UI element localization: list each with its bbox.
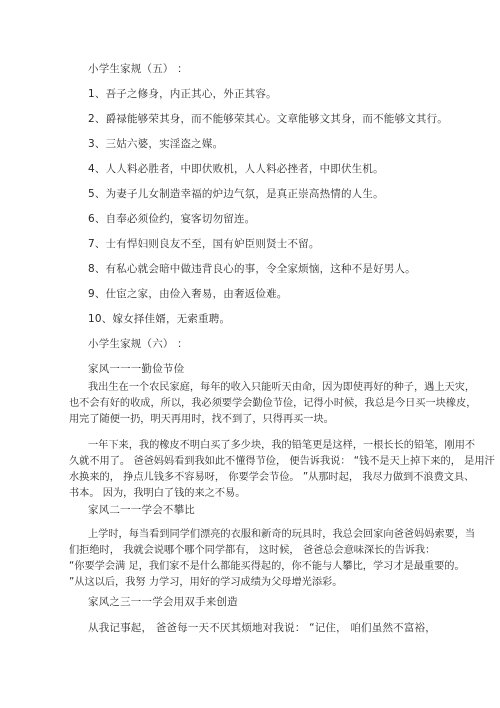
rule-item-5: 5、为妻子儿女制造幸福的炉边气氛，是真正崇高热情的人生。 [88, 186, 384, 201]
rule-item-10: 10、嫁女择佳婿，无索重聘。 [88, 311, 230, 326]
paragraph-line: 我出生在一个农民家庭，每年的收入只能听天由命，因为即使再好的种子，遇上天灾， [69, 380, 469, 396]
paragraph-line: 久就不用了。 爸爸妈妈看到我如此不懂得节俭， 便告诉我说： “钱不是天上掉下来的… [69, 454, 469, 470]
rule-item-9: 9、仕宦之家，由俭入奢易，由奢返俭难。 [88, 286, 287, 301]
paragraph: 上学时，每当看到同学们漂亮的衣服和新奇的玩具时，我总会回家向爸爸妈妈索要，当 们… [69, 527, 469, 591]
rule-item-2: 2、爵禄能够荣其身，而不能够荣其心。文章能够文其身，而不能够文其行。 [88, 111, 448, 126]
paragraph-line: 也不会有好的收成，所以，我必须要学会勤俭节俭，记得小时候，我总是今日买一块橡皮， [69, 396, 469, 412]
paragraph-line: 用完了随便一扔，明天再用时，找不到了，只得再买一块。 [69, 412, 469, 428]
rule-item-1: 1、吾子之修身，内正其心，外正其容。 [88, 86, 277, 101]
paragraph-line: 水换来的， 挣点儿钱多不容易呀， 你要学会节俭。 ”从那时起， 我尽力做到不浪费… [69, 470, 469, 486]
document-page: 小学生家规（五） ： 1、吾子之修身，内正其心，外正其容。 2、爵禄能够荣其身，… [0, 0, 500, 708]
paragraph-line: 一年下来，我的橡皮不明白买了多少块，我的铅笔更是这样，一根长长的铅笔，刚用不 [69, 438, 469, 454]
paragraph: 一年下来，我的橡皮不明白买了多少块，我的铅笔更是这样，一根长长的铅笔，刚用不 久… [69, 438, 469, 502]
section-title-5: 小学生家规（五） ： [88, 61, 188, 76]
family-style-heading-3: 家风之三一一学会用双手来创造 [88, 594, 238, 609]
rule-item-3: 3、三姑六婆，实淫盗之媒。 [88, 136, 223, 151]
paragraph: 我出生在一个农民家庭，每年的收入只能听天由命，因为即使再好的种子，遇上天灾， 也… [69, 380, 469, 428]
paragraph-line: 上学时，每当看到同学们漂亮的衣服和新奇的玩具时，我总会回家向爸爸妈妈索要，当 [69, 527, 469, 543]
rule-item-6: 6、自奉必须俭约，宴客切勿留连。 [88, 211, 255, 226]
rule-item-7: 7、士有悍妇则良友不至，国有妒臣则贤士不留。 [88, 236, 320, 251]
section-title-6: 小学生家规（六） ： [88, 336, 188, 351]
paragraph-line: 们拒绝时， 我就会说哪个哪个同学都有， 这时候， 爸爸总会意味深长的告诉我： [69, 543, 469, 559]
paragraph-line: 从我记事起， 爸爸每一天不厌其烦地对我说： “记住， 咱们虽然不富裕， [88, 620, 436, 635]
family-style-heading-2: 家风二一一学会不攀比 [88, 502, 195, 517]
paragraph-line: 书本。 因为，我明白了钱的来之不易。 [69, 486, 469, 502]
rule-item-8: 8、有私心就会暗中做违背良心的事，令全家烦恼，这种不是好男人。 [88, 261, 416, 276]
paragraph-line: “你要学会满 足，我们家不是什么都能买得起的，你不能与人攀比，学习才是最重要的。 [69, 559, 469, 575]
family-style-heading-1: 家风一一一勤俭节俭 [88, 361, 184, 376]
rule-item-4: 4、人人料必胜者，中即伏败机，人人料必挫者，中即伏生机。 [88, 161, 384, 176]
paragraph-line: ”从这以后，我努 力学习，用好的学习成绩为父母增光添彩。 [69, 575, 469, 591]
